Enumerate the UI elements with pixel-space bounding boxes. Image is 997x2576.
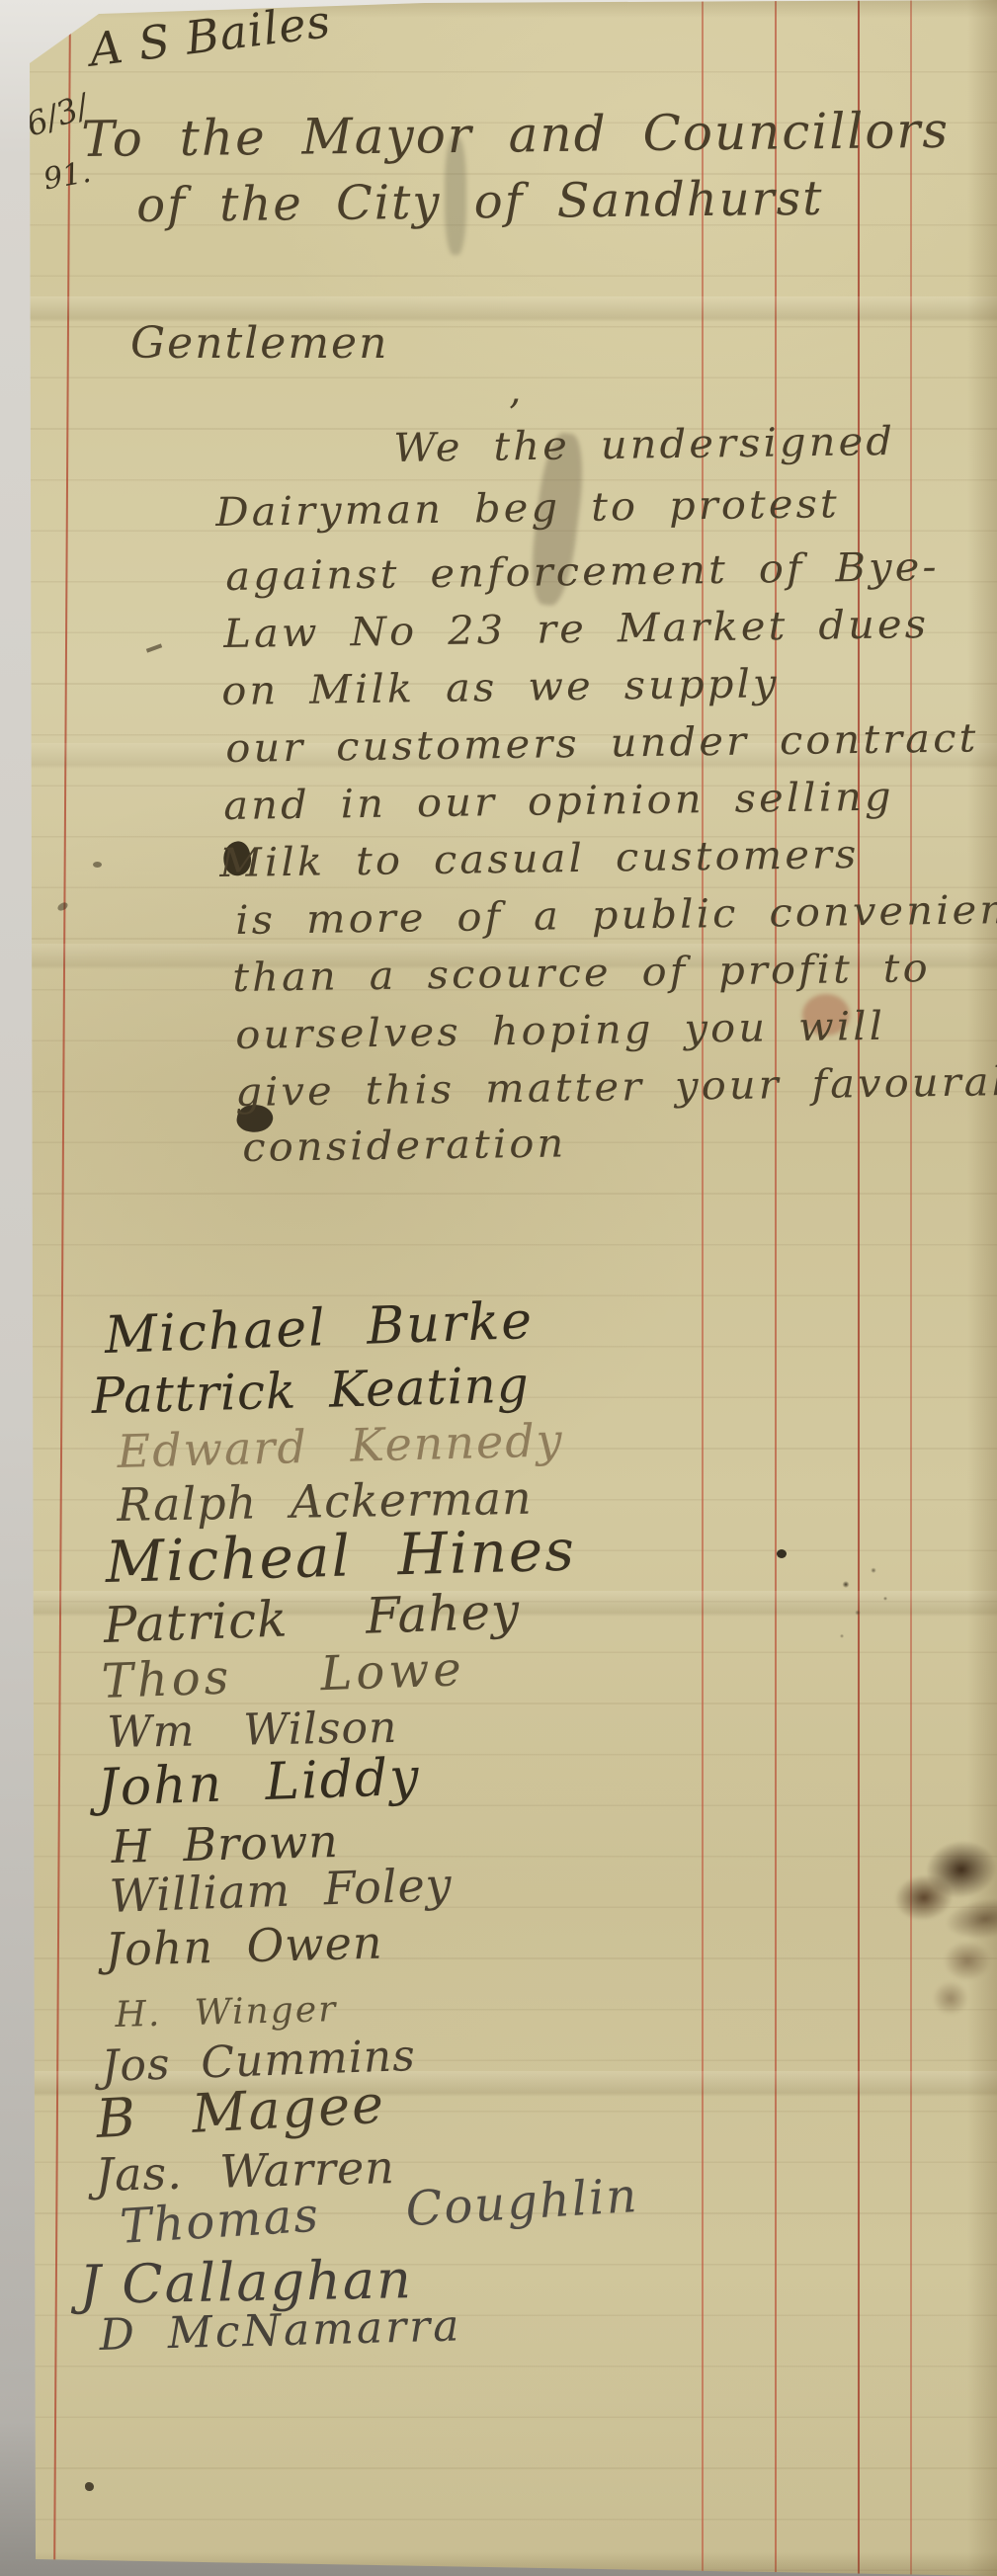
ink-stain bbox=[875, 1828, 997, 1957]
signature: Wm Wilson bbox=[107, 1706, 398, 1755]
signature: Patrick Fahey bbox=[103, 1586, 521, 1650]
petition-body-line: We the undersigned bbox=[393, 422, 895, 468]
ink-stain bbox=[917, 1933, 997, 2027]
petition-body-line: against enforcement of Bye- bbox=[225, 547, 940, 597]
photographed-petition-document: A S Bailes 6/3/ 91. To the Mayor and Cou… bbox=[0, 0, 997, 2576]
petition-body-line: give this matter your favourable bbox=[235, 1061, 997, 1113]
pen-mark bbox=[146, 643, 162, 652]
petition-body-line: and in our opinion selling bbox=[223, 778, 894, 826]
petition-body-line: is more of a public convenience bbox=[235, 889, 997, 941]
petition-body-line: Law No 23 re Market dues bbox=[223, 605, 929, 654]
red-rule-line bbox=[910, 0, 912, 2576]
red-rule-line bbox=[858, 0, 860, 2576]
red-rule-line bbox=[702, 0, 704, 2576]
speck-cluster bbox=[830, 1556, 909, 1650]
petition-body-line: on Milk as we supply bbox=[221, 664, 780, 711]
address-line: To the Mayor and Councillors bbox=[81, 106, 950, 164]
signature: Michael Burke bbox=[104, 1295, 535, 1362]
red-margin-line bbox=[53, 0, 71, 2576]
black-speck bbox=[777, 1549, 787, 1558]
signature: Pattrick Keating bbox=[91, 1360, 530, 1421]
pen-mark bbox=[56, 901, 69, 913]
address-line: of the City of Sandhurst bbox=[136, 175, 824, 229]
petition-body-line: Dairyman beg to protest bbox=[215, 484, 840, 533]
speck bbox=[85, 2482, 94, 2491]
signature: Edward Kennedy bbox=[117, 1417, 564, 1474]
clerk-annotation: A S Bailes bbox=[87, 0, 333, 73]
signature: John Liddy bbox=[97, 1752, 421, 1814]
signature: Micheal Hines bbox=[105, 1522, 577, 1591]
signature: Thos Lowe bbox=[101, 1645, 465, 1705]
pen-mark bbox=[93, 862, 102, 868]
signature: John Owen bbox=[105, 1920, 383, 1972]
signature: B Magee bbox=[95, 2078, 386, 2146]
signature: William Foley bbox=[109, 1862, 453, 1919]
petition-body-line: consideration bbox=[242, 1123, 567, 1168]
paper-sheet: A S Bailes 6/3/ 91. To the Mayor and Cou… bbox=[0, 0, 997, 2576]
petition-body-line: ourselves hoping you will bbox=[235, 1007, 885, 1055]
salutation: Gentlemen bbox=[130, 322, 388, 366]
red-rule-line bbox=[775, 0, 777, 2576]
signature: D McNamarra bbox=[99, 2304, 462, 2358]
petition-body-line: Milk to casual customers bbox=[219, 835, 860, 883]
signature: H. Winger bbox=[115, 1992, 338, 2034]
petition-body-line: than a scource of profit to bbox=[232, 949, 931, 998]
petition-body-line: our customers under contract bbox=[225, 718, 979, 769]
